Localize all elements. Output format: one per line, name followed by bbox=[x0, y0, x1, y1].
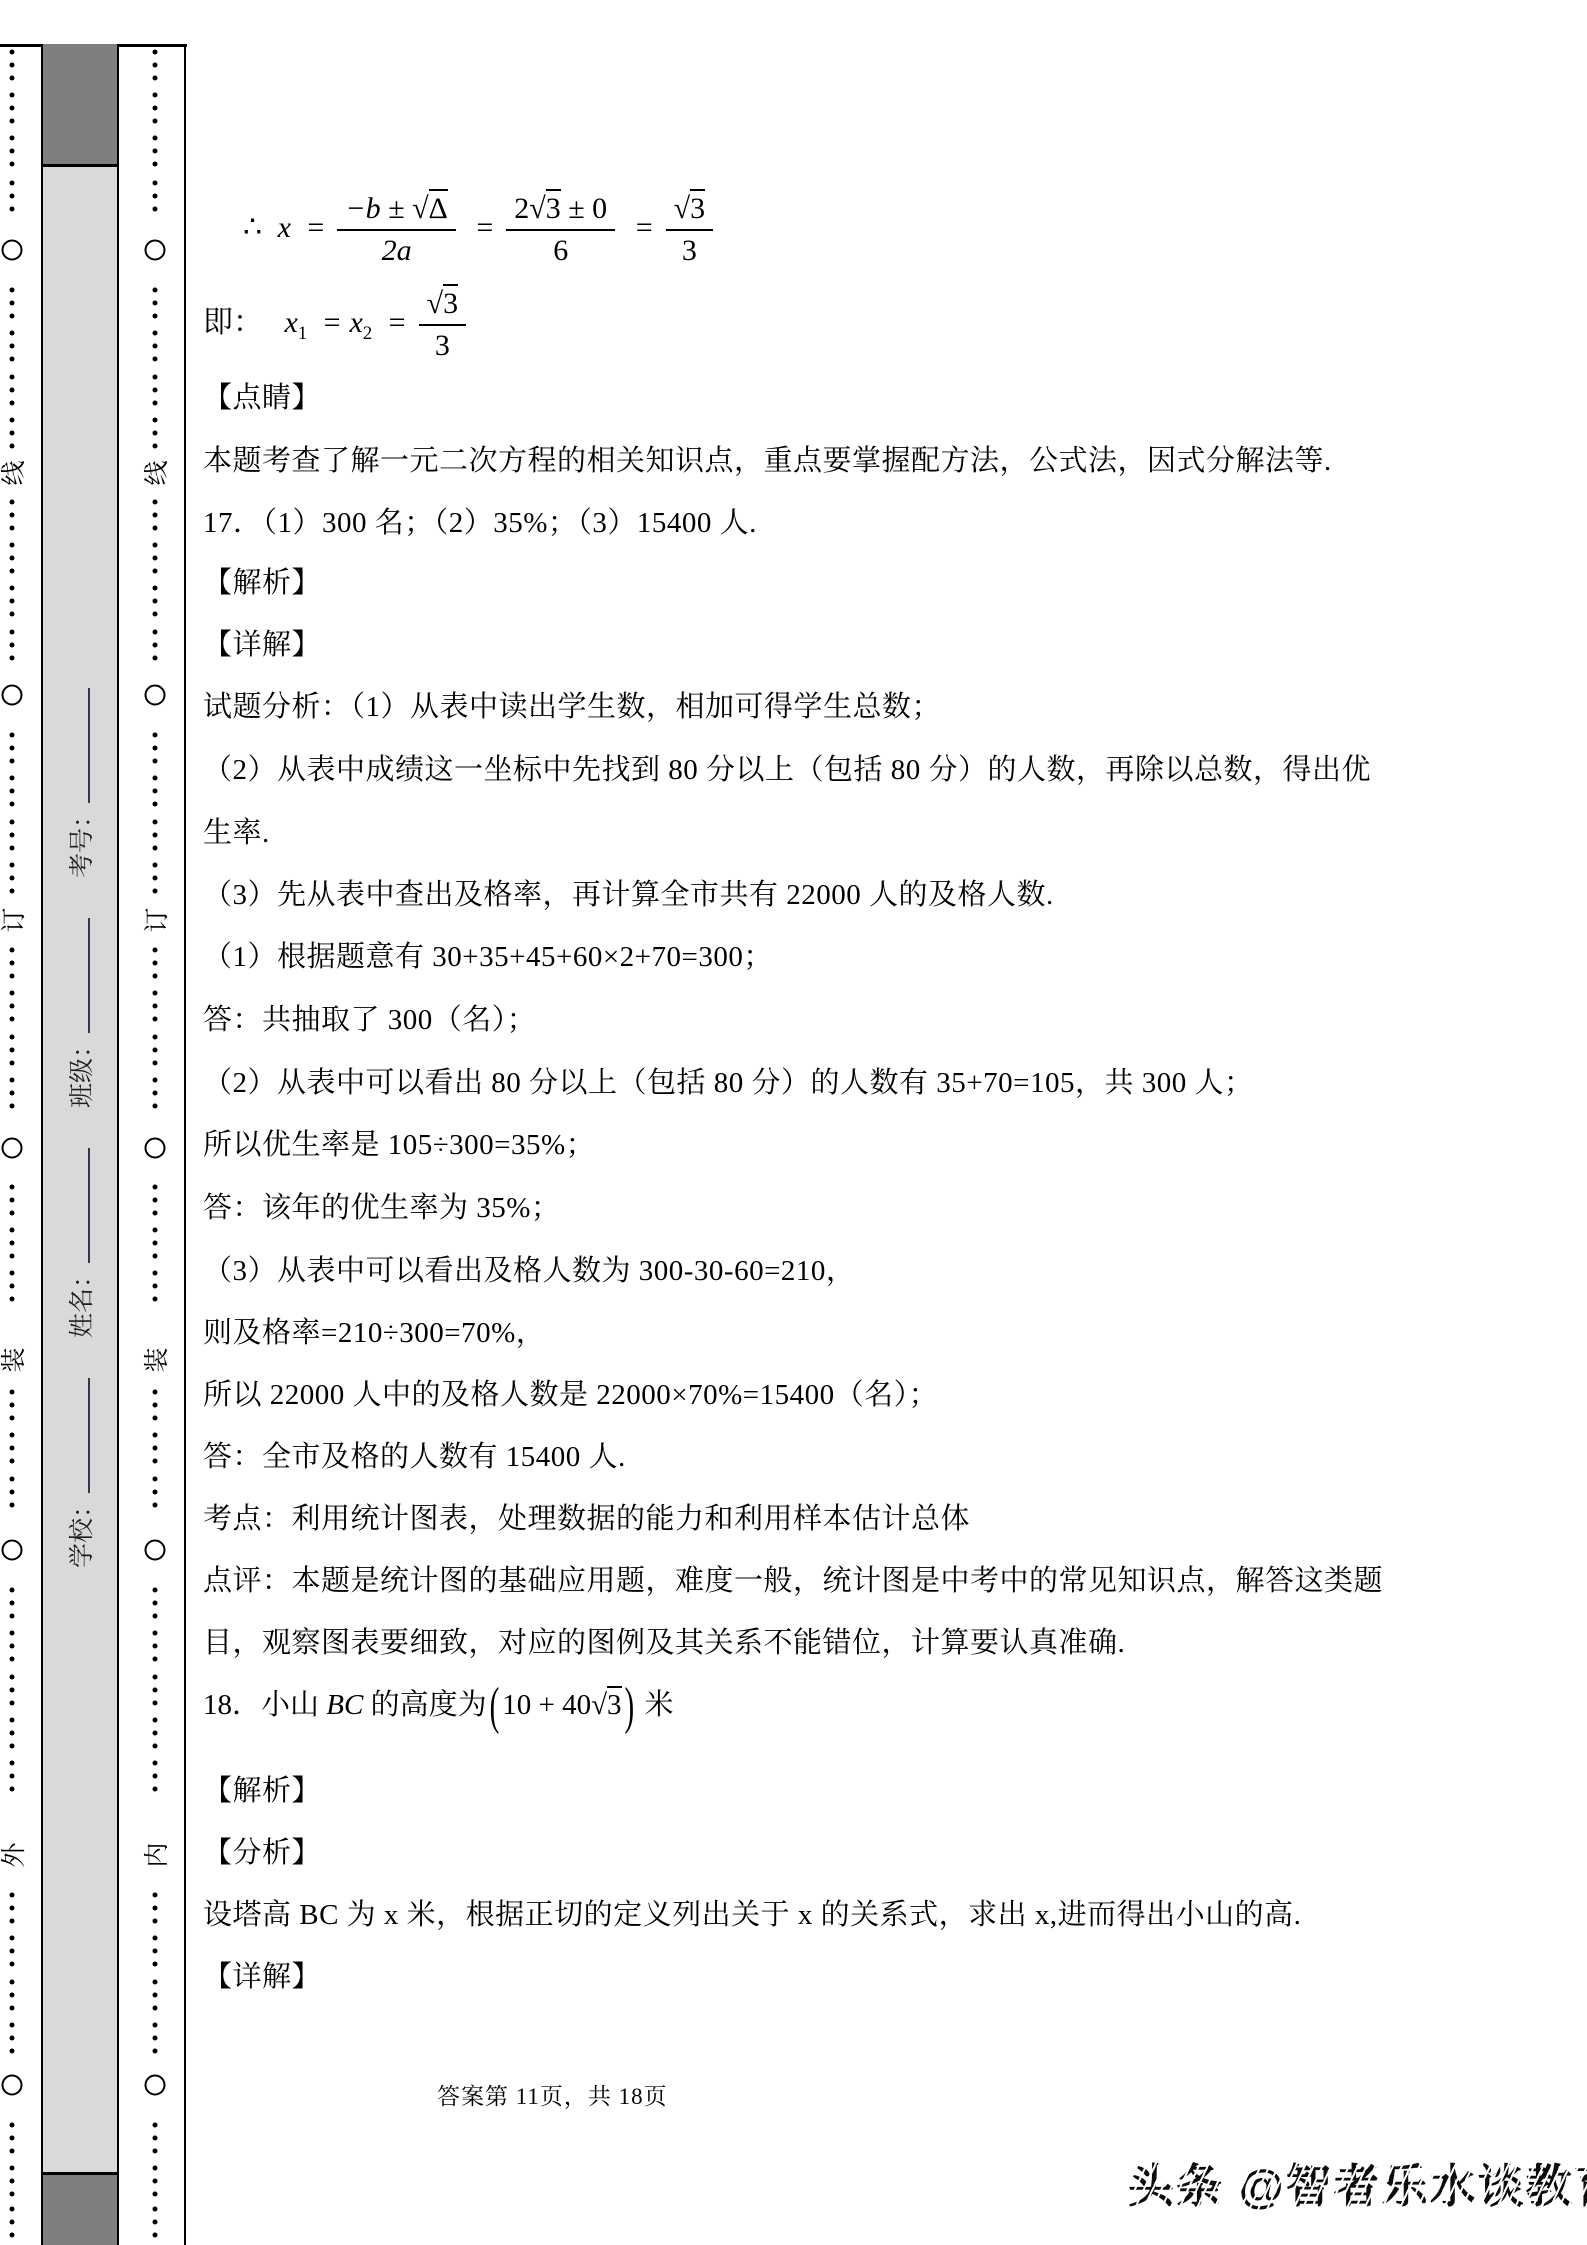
text-line: 【解析】 bbox=[203, 1768, 321, 1809]
binding-char: 外 bbox=[0, 1842, 30, 1867]
text-line: 生率. bbox=[203, 810, 270, 851]
dot-group bbox=[10, 1936, 15, 1967]
text-line: 17．（1）300 名；（2）35%；（3）15400 人. bbox=[203, 500, 757, 541]
binding-char: 订 bbox=[137, 907, 173, 932]
dot-group bbox=[10, 1271, 15, 1302]
text-line: 考点：利用统计图表，处理数据的能力和利用样本估计总体 bbox=[203, 1496, 970, 1537]
dot-group bbox=[10, 586, 15, 617]
punch-circle bbox=[2, 240, 23, 261]
dot-group bbox=[153, 1631, 158, 1662]
student-info-labels: 学校： 姓名： 班级： 考号： bbox=[43, 648, 117, 1608]
dot-group bbox=[153, 1185, 158, 1216]
formula-quadratic-roots: ∴ x =−b ± √Δ2a =2√3 ± 06 =√33 bbox=[243, 192, 717, 268]
dot-group bbox=[10, 2023, 15, 2054]
name-label: 姓名： bbox=[62, 1148, 98, 1338]
text-line: 【分析】 bbox=[203, 1830, 321, 1871]
dot-group bbox=[10, 418, 15, 449]
punch-circle bbox=[145, 685, 166, 706]
text-line: （3）先从表中查出及格率，再计算全市共有 22000 人的及格人数. bbox=[203, 872, 1054, 913]
dot-group bbox=[153, 543, 158, 574]
dot-group bbox=[10, 500, 15, 531]
name-blank-line bbox=[84, 1148, 90, 1263]
binding-strip-dark-bottom bbox=[43, 2172, 117, 2245]
dot-group bbox=[10, 1761, 15, 1792]
class-blank-line bbox=[84, 918, 90, 1033]
dot-group bbox=[153, 1035, 158, 1066]
punch-circle bbox=[145, 1540, 166, 1561]
punch-circle bbox=[145, 2075, 166, 2096]
dot-group bbox=[10, 331, 15, 362]
page-footer: 答案第 11页，共 18页 bbox=[437, 2078, 668, 2111]
punch-circle bbox=[2, 2075, 23, 2096]
dot-group bbox=[153, 820, 158, 851]
dot-group bbox=[153, 776, 158, 807]
dot-group bbox=[153, 136, 158, 167]
dot-group bbox=[153, 2023, 158, 2054]
dot-group bbox=[153, 1893, 158, 1924]
dot-group bbox=[153, 1078, 158, 1109]
dot-group bbox=[153, 288, 158, 319]
radical-sign: √ bbox=[591, 1689, 607, 1721]
text-line: 所以 22000 人中的及格人数是 22000×70%=15400（名）； bbox=[203, 1372, 938, 1413]
dot-group bbox=[153, 1228, 158, 1259]
dot-group bbox=[153, 2123, 158, 2154]
radical-sign: √ bbox=[674, 192, 690, 225]
dot-group bbox=[153, 948, 158, 979]
answer-sheet-content: ∴ x =−b ± √Δ2a =2√3 ± 06 =√33 即： x1 =x2 … bbox=[203, 0, 1403, 2245]
school-label: 学校： bbox=[62, 1378, 98, 1568]
dot-group bbox=[10, 1433, 15, 1464]
dot-group bbox=[10, 375, 15, 406]
dot-group bbox=[153, 1390, 158, 1421]
text-line: 答：该年的优生率为 35%； bbox=[203, 1185, 560, 1226]
class-label: 班级： bbox=[62, 918, 98, 1108]
dot-group bbox=[10, 2123, 15, 2154]
dot-group bbox=[10, 93, 15, 124]
dot-group bbox=[10, 1675, 15, 1706]
text-line: 点评：本题是统计图的基础应用题，难度一般，统计图是中考中的常见知识点，解答这类题 bbox=[203, 1558, 1383, 1599]
dot-group bbox=[153, 418, 158, 449]
dot-group bbox=[153, 586, 158, 617]
text-line: （1）根据题意有 30+35+45+60×2+70=300； bbox=[203, 934, 773, 975]
binding-char: 线 bbox=[0, 460, 30, 485]
dot-group bbox=[153, 991, 158, 1022]
exam-number-label: 考号： bbox=[62, 688, 98, 878]
text-line: （2）从表中可以看出 80 分以上（包括 80 分）的人数有 35+70=105… bbox=[203, 1060, 1253, 1101]
left-paren: ( bbox=[487, 1678, 503, 1737]
text-line: 【详解】 bbox=[203, 1954, 321, 1995]
text-line: 设塔高 BC 为 x 米，根据正切的定义列出关于 x 的关系式，求出 x,进而得… bbox=[203, 1892, 1301, 1933]
dot-group bbox=[10, 1631, 15, 1662]
text-line: 所以优生率是 105÷300=35%； bbox=[203, 1122, 595, 1163]
binding-strip-dark-top bbox=[43, 44, 117, 167]
radical-sign: √ bbox=[412, 192, 428, 225]
exam-number-blank-line bbox=[84, 688, 90, 803]
dot-group bbox=[153, 863, 158, 894]
dot-group bbox=[153, 500, 158, 531]
dot-group bbox=[153, 50, 158, 81]
answer-line-question-18: 18．小山 BC 的高度为(10 + 40√3) 米 bbox=[203, 1682, 673, 1724]
dot-group bbox=[10, 776, 15, 807]
dot-group bbox=[10, 1718, 15, 1749]
dot-group bbox=[10, 136, 15, 167]
dot-group bbox=[10, 1588, 15, 1619]
text-line: 本题考查了解一元二次方程的相关知识点，重点要掌握配方法，公式法，因式分解法等. bbox=[203, 438, 1332, 479]
dot-group bbox=[153, 1936, 158, 1967]
radical-sign: √ bbox=[529, 192, 545, 225]
dot-group bbox=[10, 288, 15, 319]
dot-group bbox=[10, 50, 15, 81]
punch-circle bbox=[2, 1540, 23, 1561]
dot-group bbox=[10, 181, 15, 212]
dot-group bbox=[153, 1433, 158, 1464]
binding-char: 线 bbox=[137, 460, 173, 485]
binding-char: 订 bbox=[0, 907, 30, 932]
dot-group bbox=[153, 1271, 158, 1302]
dot-group bbox=[10, 2207, 15, 2238]
page-left-border bbox=[184, 44, 186, 2245]
dot-group bbox=[10, 1078, 15, 1109]
text-line: 【详解】 bbox=[203, 622, 321, 663]
dot-group bbox=[10, 2166, 15, 2197]
text-line: 目，观察图表要细致，对应的图例及其关系不能错位，计算要认真准确. bbox=[203, 1620, 1125, 1661]
dot-group bbox=[10, 630, 15, 661]
punch-circle bbox=[145, 1138, 166, 1159]
dot-group bbox=[10, 991, 15, 1022]
dot-group bbox=[10, 863, 15, 894]
dot-group bbox=[10, 1035, 15, 1066]
text-line: （2）从表中成绩这一坐标中先找到 80 分以上（包括 80 分）的人数，再除以总… bbox=[203, 747, 1371, 788]
punch-circle bbox=[145, 240, 166, 261]
dot-group bbox=[10, 1390, 15, 1421]
dot-group bbox=[10, 1228, 15, 1259]
punch-circle bbox=[2, 685, 23, 706]
text-line: 答：共抽取了 300（名）； bbox=[203, 997, 536, 1038]
dot-group bbox=[153, 331, 158, 362]
dot-group bbox=[153, 733, 158, 764]
text-line: 答：全市及格的人数有 15400 人. bbox=[203, 1434, 626, 1475]
binding-char: 装 bbox=[137, 1347, 173, 1372]
text-line: 【解析】 bbox=[203, 560, 321, 601]
binding-char: 内 bbox=[137, 1842, 173, 1867]
dot-group bbox=[153, 181, 158, 212]
formula-equal-roots: 即： x1 =x2 =√33 bbox=[203, 287, 470, 363]
text-line: 【点睛】 bbox=[203, 375, 321, 416]
school-blank-line bbox=[84, 1378, 90, 1493]
dot-group bbox=[153, 1761, 158, 1792]
dot-group bbox=[10, 1477, 15, 1508]
right-paren: ) bbox=[622, 1678, 638, 1737]
punch-circle bbox=[2, 1138, 23, 1159]
dot-group bbox=[10, 1980, 15, 2011]
dot-group bbox=[10, 733, 15, 764]
dot-group bbox=[153, 2166, 158, 2197]
dot-group bbox=[10, 948, 15, 979]
dot-group bbox=[153, 93, 158, 124]
text-line: 则及格率=210÷300=70%， bbox=[203, 1310, 545, 1351]
dot-group bbox=[10, 543, 15, 574]
binding-char: 装 bbox=[0, 1347, 30, 1372]
dot-group bbox=[153, 1980, 158, 2011]
dot-group bbox=[153, 375, 158, 406]
dot-group bbox=[10, 1185, 15, 1216]
dot-group bbox=[153, 1718, 158, 1749]
dot-group bbox=[153, 2207, 158, 2238]
dot-group bbox=[153, 630, 158, 661]
dot-group bbox=[10, 820, 15, 851]
text-line: （3）从表中可以看出及格人数为 300-30-60=210， bbox=[203, 1248, 855, 1289]
dot-group bbox=[153, 1588, 158, 1619]
dot-group bbox=[10, 1893, 15, 1924]
text-line: 试题分析：（1）从表中读出学生数，相加可得学生总数； bbox=[203, 684, 941, 725]
dot-group bbox=[153, 1477, 158, 1508]
dot-group bbox=[153, 1675, 158, 1706]
watermark: 头条 @智者乐水谈教育 bbox=[1128, 2150, 1587, 2216]
radical-sign: √ bbox=[427, 287, 443, 320]
